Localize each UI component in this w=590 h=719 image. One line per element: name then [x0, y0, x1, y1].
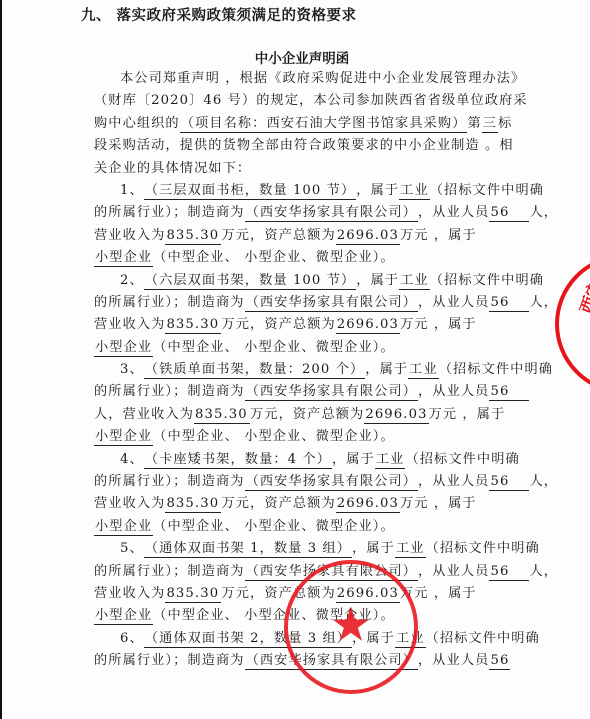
industry: 工业 — [408, 362, 439, 379]
product: （三层双面书柜，数量 100 节） — [144, 183, 357, 200]
company-seal-icon: 西安市 — [555, 254, 590, 394]
enterprise-item-2: 2、（六层双面书架，数量 100 节），属于工业（招标文件中明确 的所属行业）；… — [94, 270, 470, 360]
total-assets: 2696.03 — [364, 407, 428, 424]
revenue: 835.30 — [165, 496, 221, 513]
staff-count: 56 — [489, 384, 529, 401]
enterprise-size: 小型企业 — [94, 250, 153, 267]
staff-count: 56 — [489, 564, 529, 581]
section-heading: 九、 落实政府采购政策须满足的资格要求 — [81, 4, 357, 25]
enterprise-size: 小型企业 — [94, 608, 153, 625]
product: （铁质单面书架，数量：200 个） — [144, 362, 366, 379]
industry: 工业 — [399, 183, 430, 200]
enterprise-item-4: 4、（卡座矮书架，数量：4 个），属于工业（招标文件中明确 的所属行业）；制造商… — [94, 449, 470, 539]
staff-count: 56 — [489, 474, 529, 491]
star-icon: ★ — [332, 604, 370, 646]
total-assets: 2696.03 — [336, 496, 400, 513]
intro-line: 购中心组织的（项目名称：西安石油大学图书馆家具采购）第三标 — [94, 113, 470, 135]
enterprise-item-1: 1、（三层双面书柜，数量 100 节），属于工业（招标文件中明确 的所属行业）；… — [94, 180, 470, 270]
intro-line: 关企业的具体情况如下： — [94, 158, 470, 180]
lot-number: 三 — [482, 116, 498, 133]
intro-line: 段采购活动，提供的货物全部由符合政策要求的中小企业制造 。相 — [94, 135, 470, 157]
total-assets: 2696.03 — [336, 228, 400, 245]
staff-count: 56 — [489, 205, 529, 222]
company-seal-icon: ★ — [284, 560, 418, 694]
enterprise-size: 小型企业 — [94, 519, 153, 536]
enterprise-size: 小型企业 — [94, 340, 153, 357]
product: （六层双面书架，数量 100 节） — [144, 273, 357, 290]
revenue: 835.30 — [165, 586, 221, 603]
intro-line: （财库〔2020〕46 号）的规定，本公司参加陕西省省级单位政府采 — [94, 90, 470, 112]
product: （卡座矮书架，数量：4 个） — [144, 452, 332, 469]
document-body: 本公司郑重声明 ，根据《政府采购促进中小企业发展管理办法》 （财库〔2020〕4… — [94, 68, 470, 673]
manufacturer: （西安华扬家具有限公司） — [245, 384, 418, 401]
staff-count: 56 — [489, 653, 510, 670]
total-assets: 2696.03 — [336, 317, 400, 334]
manufacturer: （西安华扬家具有限公司） — [245, 474, 418, 491]
industry: 工业 — [399, 273, 430, 290]
document-title: 中小企业声明函 — [0, 47, 590, 67]
revenue: 835.30 — [165, 228, 221, 245]
manufacturer: （西安华扬家具有限公司） — [245, 295, 418, 312]
project-name: （项目名称：西安石油大学图书馆家具采购） — [180, 116, 468, 133]
enterprise-item-3: 3、（铁质单面书架，数量：200 个），属于工业（招标文件中明确 的所属行业）；… — [94, 359, 470, 449]
industry: 工业 — [395, 541, 426, 558]
revenue: 835.30 — [194, 407, 250, 424]
enterprise-size: 小型企业 — [94, 429, 153, 446]
product: （通体双面书架 1，数量 3 组） — [144, 541, 352, 558]
manufacturer: （西安华扬家具有限公司） — [245, 205, 418, 222]
industry: 工业 — [375, 452, 406, 469]
revenue: 835.30 — [165, 317, 221, 334]
staff-count: 56 — [489, 295, 529, 312]
intro-line: 本公司郑重声明 ，根据《政府采购促进中小企业发展管理办法》 — [94, 68, 470, 90]
page-left-border — [0, 0, 2, 719]
